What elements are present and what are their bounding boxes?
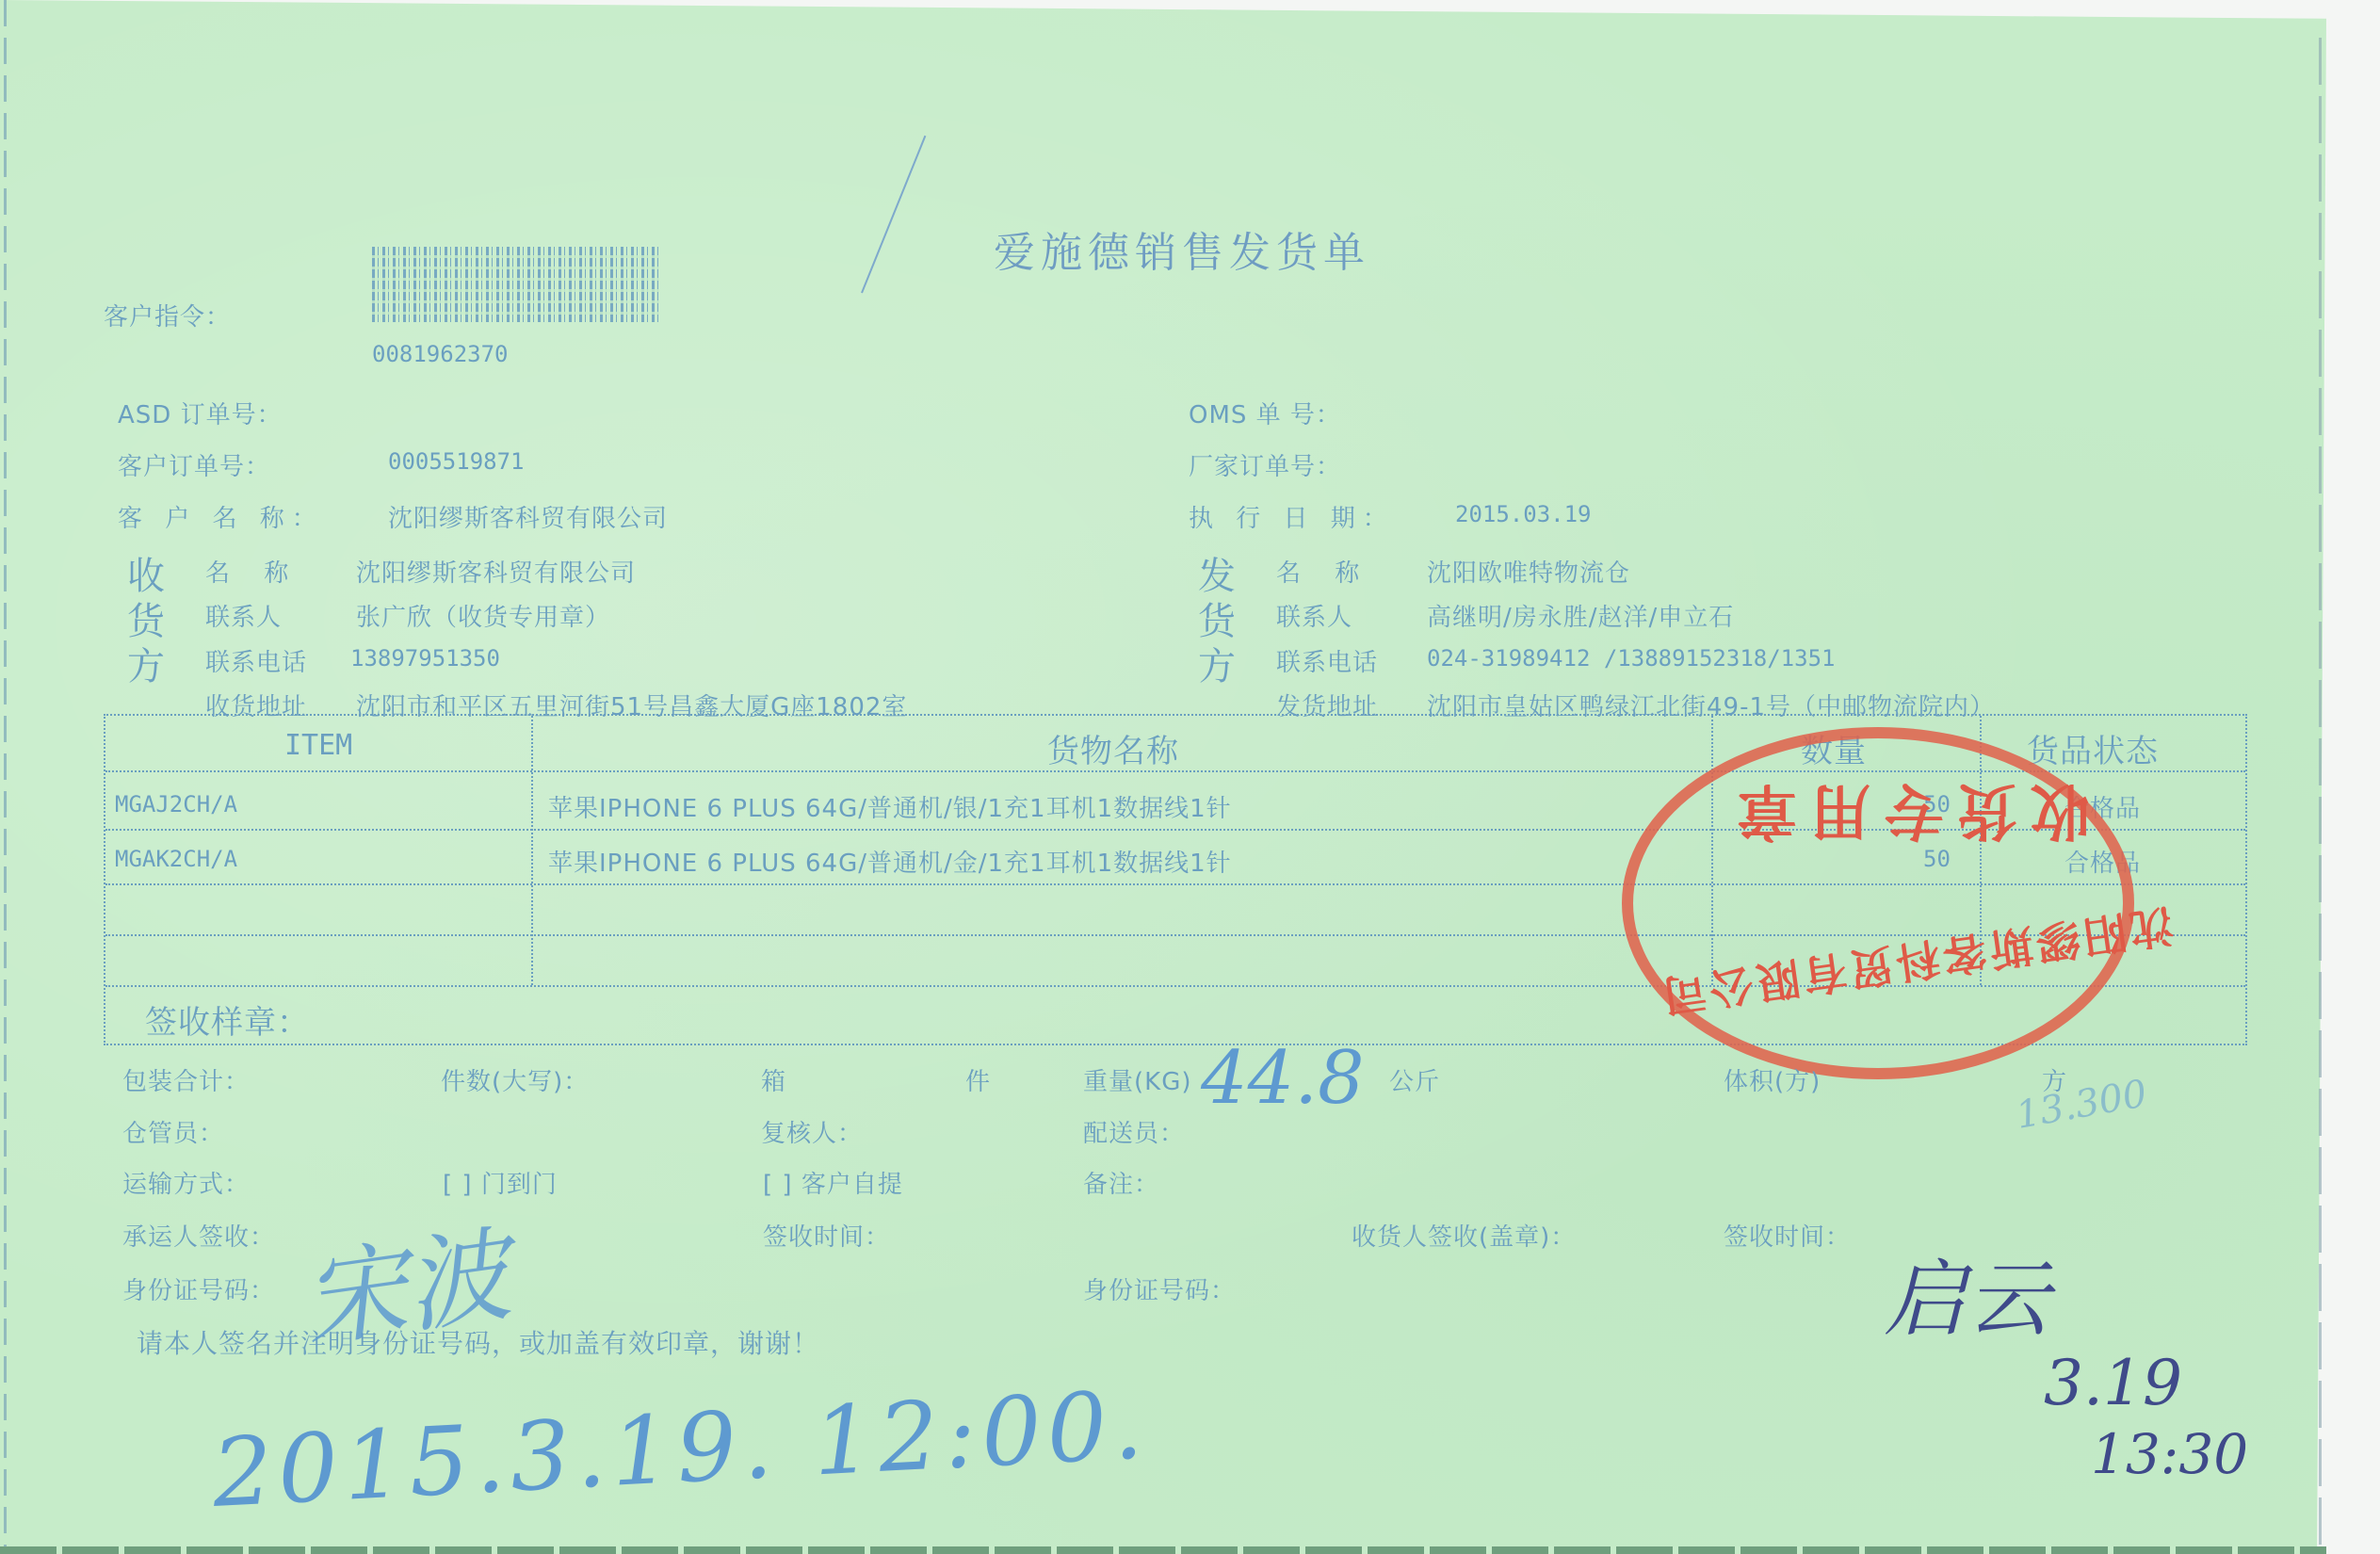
remarks-label: 备注：: [1083, 1165, 1159, 1200]
shipper-name-value: 沈阳欧唯特物流仓: [1427, 554, 1630, 589]
exec-date-value: 2015.03.19: [1455, 501, 1592, 527]
receiver-name-value: 沈阳缪斯客科贸有限公司: [356, 554, 636, 589]
asd-order-label: ASD 订单号：: [118, 396, 283, 430]
receiver-signature: 启云: [1884, 1234, 2049, 1352]
exec-date-label: 执 行 日 期：: [1189, 499, 1395, 534]
table-header-status: 货品状态: [2027, 725, 2159, 771]
row-goods-name: 苹果IPHONE 6 PLUS 64G/普通机/金/1充1耳机1数据线1针: [548, 844, 1232, 879]
shipper-phone-value: 024-31989412 /13889152318/1351: [1427, 645, 1835, 672]
id-number-label-2: 身份证号码：: [1083, 1271, 1236, 1306]
shipper-name-label: 名 称: [1276, 554, 1372, 589]
weight-label: 重量(KG): [1083, 1062, 1192, 1097]
customer-name-label: 客 户 名 称：: [118, 499, 324, 534]
perforation-bottom: [0, 1546, 2326, 1554]
receiver-contact-value: 张广欣（收货专用章）: [356, 598, 610, 633]
receiver-date-handwritten: 3.19: [2044, 1347, 2182, 1419]
transport-method-label: 运输方式：: [122, 1165, 250, 1200]
warehouse-keeper-label: 仓管员：: [122, 1114, 224, 1149]
id-number-label-1: 身份证号码：: [122, 1271, 275, 1306]
receiver-side-char-3: 方: [127, 637, 166, 690]
door-to-door-checkbox[interactable]: [ ] 门到门: [443, 1165, 558, 1200]
shipper-contact-label: 联系人: [1276, 598, 1352, 633]
shipper-contact-value: 高继明/房永胜/赵洋/申立石: [1427, 598, 1734, 633]
perforation-right: [2319, 38, 2322, 1554]
volume-label: 体积(方): [1724, 1062, 1821, 1097]
receiver-sign-label: 收货人签收(盖章)：: [1352, 1218, 1576, 1253]
box-label: 箱: [761, 1062, 786, 1097]
self-pickup-checkbox[interactable]: [ ] 客户自提: [763, 1165, 903, 1200]
package-total-label: 包装合计：: [122, 1062, 250, 1097]
perforation-left: [4, 0, 7, 1554]
table-header-item: ITEM: [284, 729, 352, 762]
piece-label: 件: [965, 1062, 991, 1097]
receiver-time-handwritten: 13:30: [2091, 1422, 2248, 1486]
weight-unit: 公斤: [1389, 1062, 1440, 1097]
row-goods-name: 苹果IPHONE 6 PLUS 64G/普通机/银/1充1耳机1数据线1针: [548, 789, 1232, 824]
customer-instruction-value: 0081962370: [372, 341, 509, 367]
carrier-signature: 宋波: [292, 1191, 518, 1368]
sign-sample-label: 签收样章：: [145, 996, 310, 1043]
carrier-sign-label: 承运人签收：: [122, 1218, 275, 1253]
dispatcher-label: 配送员：: [1083, 1114, 1185, 1149]
customer-name-value: 沈阳缪斯客科贸有限公司: [388, 499, 668, 534]
sign-time-label-2: 签收时间：: [1724, 1218, 1851, 1253]
customer-instruction-label: 客户指令：: [104, 298, 231, 332]
piece-count-label: 件数(大写)：: [441, 1062, 589, 1097]
shipper-side-char-3: 方: [1198, 637, 1237, 690]
customer-order-label: 客户订单号：: [118, 447, 270, 482]
weight-value-handwritten: 44.8: [1201, 1036, 1365, 1121]
receiver-name-label: 名 称: [205, 554, 301, 589]
reviewer-label: 复核人：: [761, 1114, 863, 1149]
oms-label: OMS 单 号：: [1189, 396, 1341, 430]
receiver-contact-label: 联系人: [205, 598, 282, 633]
barcode: [372, 247, 659, 322]
row-item: MGAK2CH/A: [115, 846, 237, 872]
table-col-divider: [531, 716, 533, 985]
shipper-phone-label: 联系电话: [1276, 643, 1378, 678]
receiver-phone-value: 13897951350: [350, 645, 500, 672]
document-title: 爱施德销售发货单: [994, 219, 1370, 279]
receiver-phone-label: 联系电话: [205, 643, 307, 678]
row-item: MGAJ2CH/A: [115, 791, 237, 817]
factory-order-label: 厂家订单号：: [1189, 447, 1341, 482]
table-header-goods-name: 货物名称: [1047, 725, 1179, 771]
sign-time-label-1: 签收时间：: [763, 1218, 890, 1253]
customer-order-value: 0005519871: [388, 448, 525, 475]
stamp-purpose: 收货专用章: [1724, 772, 2091, 859]
